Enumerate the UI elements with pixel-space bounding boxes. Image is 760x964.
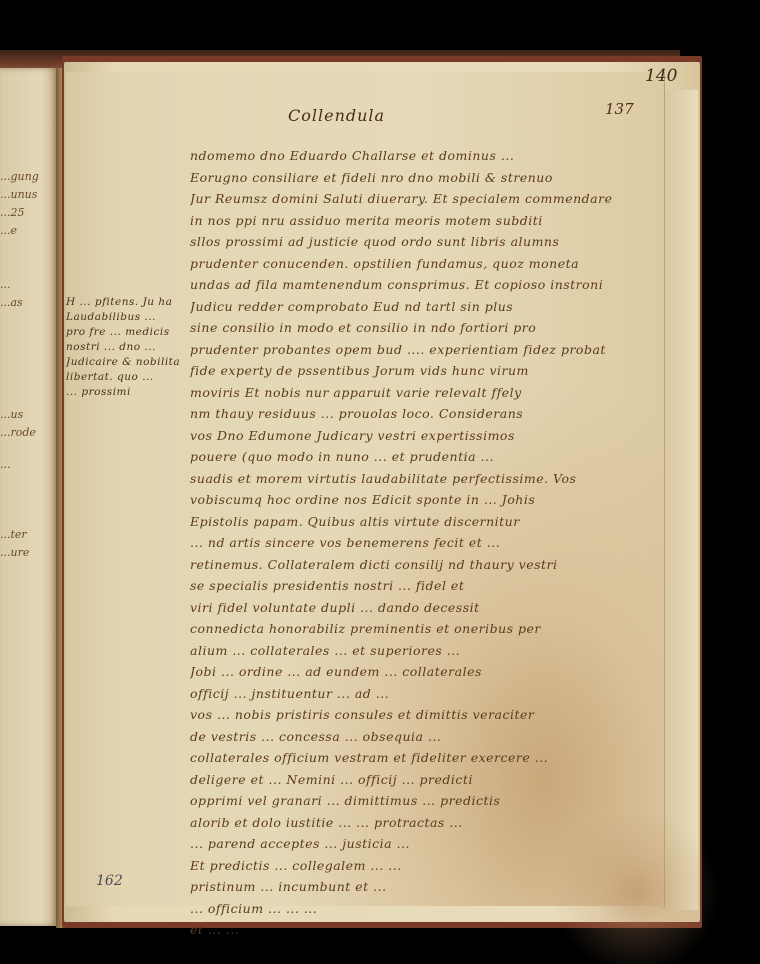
body-line: moviris Et nobis nur apparuit varie rele… (190, 385, 670, 407)
body-line: ... parend acceptes ... justicia ... (190, 836, 670, 858)
margin-note-line: Judicaire & nobilita (66, 356, 184, 371)
margin-note-line: libertat. quo ... (66, 371, 184, 386)
body-line: prudenter probantes opem bud .... experi… (190, 342, 670, 364)
body-line: sllos prossimi ad justicie quod ordo sun… (190, 234, 670, 256)
page-heading: Collendula (288, 106, 385, 125)
body-line: se specialis presidentis nostri ... fide… (190, 578, 670, 600)
left-page-fragment: ... (0, 278, 11, 291)
left-page-fragment: ...unus (0, 188, 37, 201)
body-line: Jobi ... ordine ... ad eundem ... collat… (190, 664, 670, 686)
left-page-fragment: ...as (0, 296, 23, 309)
margin-note: H ... pfitens. Ju ha Laudabilibus ... pr… (66, 296, 184, 401)
body-line: pouere (quo modo in nuno ... et prudenti… (190, 449, 670, 471)
left-page-fragment: ...25 (0, 206, 25, 219)
body-line: ... officium ... ... ... (190, 901, 670, 923)
body-line: ndomemo dno Eduardo Challarse et dominus… (190, 148, 670, 170)
folio-number-old: 137 (605, 100, 634, 118)
body-line: pristinum ... incumbunt et ... (190, 879, 670, 901)
margin-note-line: nostri ... dno ... (66, 341, 184, 356)
body-line: opprimi vel granari ... dimittimus ... p… (190, 793, 670, 815)
body-line: fide experty de pssentibus Jorum vids hu… (190, 363, 670, 385)
body-line: Et predictis ... collegalem ... ... (190, 858, 670, 880)
body-line: in nos ppi nru assiduo merita meoris mot… (190, 213, 670, 235)
body-line: sine consilio in modo et consilio in ndo… (190, 320, 670, 342)
margin-note-line: ... prossimi (66, 386, 184, 401)
body-line: officij ... jnstituentur ... ad ... (190, 686, 670, 708)
left-page-fragment: ...ter (0, 528, 27, 541)
body-line: Eorugno consiliare et fideli nro dno mob… (190, 170, 670, 192)
body-line: connedicta honorabiliz preminentis et on… (190, 621, 670, 643)
body-line: suadis et morem virtutis laudabilitate p… (190, 471, 670, 493)
folio-number-top: 140 (645, 66, 677, 86)
body-line: nm thauy residuus ... prouolas loco. Con… (190, 406, 670, 428)
left-page-fragment: ...e (0, 224, 17, 237)
manuscript-body: ndomemo dno Eduardo Challarse et dominus… (190, 148, 670, 944)
left-page-fragment: ... (0, 458, 11, 471)
left-page-fragment: ...gung (0, 170, 39, 183)
body-line: prudenter conucenden. opstilien fundamus… (190, 256, 670, 278)
body-line: Epistolis papam. Quibus altis virtute di… (190, 514, 670, 536)
body-line: deligere et ... Nemini ... officij ... p… (190, 772, 670, 794)
body-line: de vestris ... concessa ... obsequia ... (190, 729, 670, 751)
body-line: vobiscumq hoc ordine nos Edicit sponte i… (190, 492, 670, 514)
body-line: ... nd artis sincere vos benemerens feci… (190, 535, 670, 557)
body-line: alorib et dolo iustitie ... ... protract… (190, 815, 670, 837)
left-page-fragment: ...rode (0, 426, 36, 439)
margin-note-line: H ... pfitens. Ju ha (66, 296, 184, 311)
body-line: viri fidel voluntate dupli ... dando dec… (190, 600, 670, 622)
left-page-edge: ...gung ...unus ...25 ...e ... ...as ...… (0, 68, 58, 926)
body-line: Jur Reumsz domini Saluti diuerary. Et sp… (190, 191, 670, 213)
body-line: et ... ... (190, 922, 670, 944)
body-line: retinemus. Collateralem dicti consilij n… (190, 557, 670, 579)
body-line: undas ad fila mamtenendum consprimus. Et… (190, 277, 670, 299)
body-line: vos ... nobis pristiris consules et dimi… (190, 707, 670, 729)
body-line: vos Dno Edumone Judicary vestri expertis… (190, 428, 670, 450)
left-page-fragment: ...ure (0, 546, 29, 559)
body-line: alium ... collaterales ... et superiores… (190, 643, 670, 665)
left-page-fragment: ...us (0, 408, 23, 421)
folio-number-bottom: 162 (96, 873, 123, 889)
body-line: Judicu redder comprobato Eud nd tartl si… (190, 299, 670, 321)
body-line: collaterales officium vestram et fidelit… (190, 750, 670, 772)
margin-note-line: Laudabilibus ... (66, 311, 184, 326)
margin-note-line: pro fre ... medicis (66, 326, 184, 341)
